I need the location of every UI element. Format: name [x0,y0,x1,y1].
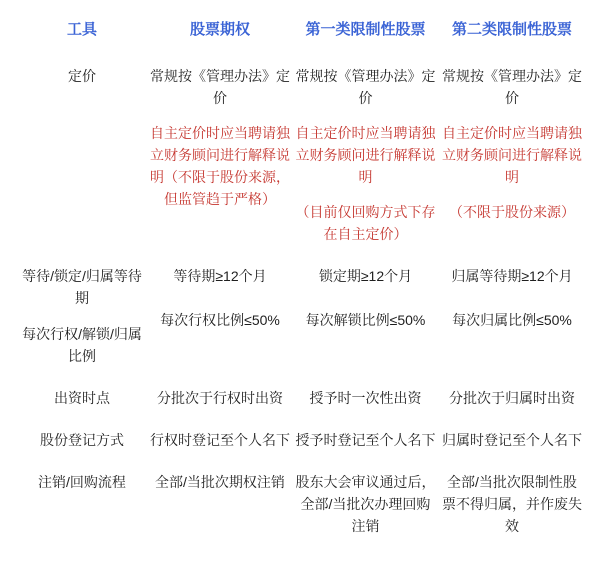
cell-cancellation-type2: 全部/当批次限制性股票不得归属，并作废失效 [441,471,583,537]
cell-capital-type2: 分批次于归属时出资 [441,387,583,409]
row-label-text: 股份登记方式 [19,429,145,451]
cell-pricing-type1: 常规按《管理办法》定价 自主定价时应当聘请独立财务顾问进行解释说明 （目前仅回购… [295,65,436,245]
cell-text: 归属时登记至个人名下 [441,429,583,451]
cell-text: 全部/当批次期权注销 [150,471,290,493]
cell-capital-stock-option: 分批次于行权时出资 [150,387,290,409]
comparison-table-page: 工具 股票期权 第一类限制性股票 第二类限制性股票 定价 常规按《管理办法》定价… [0,0,595,568]
row-label-cancellation: 注销/回购流程 [19,471,145,493]
cell-text: 股东大会审议通过后，全部/当批次办理回购注销 [295,471,436,537]
row-label-text: 等待/锁定/归属等待期 [19,265,145,309]
row-label-vesting: 等待/锁定/归属等待期 每次行权/解锁/归属比例 [19,265,145,367]
cell-pricing-type2: 常规按《管理办法》定价 自主定价时应当聘请独立财务顾问进行解释说明 （不限于股份… [441,65,583,223]
cell-note-red: （不限于股份来源） [441,201,583,223]
cell-text: 分批次于归属时出资 [441,387,583,409]
cell-vesting-type2: 归属等待期≥12个月 每次归属比例≤50% [441,265,583,331]
column-header-restricted-stock-type2: 第二类限制性股票 [441,19,583,41]
cell-text: 等待期≥12个月 [150,265,290,287]
row-label-text: 出资时点 [19,387,145,409]
cell-text: 常规按《管理办法》定价 [295,65,436,109]
cell-registration-type1: 授予时登记至个人名下 [295,429,436,451]
column-header-tool: 工具 [19,19,145,41]
cell-note-red: 自主定价时应当聘请独立财务顾问进行解释说明（不限于股份来源，但监管趋于严格） [150,122,290,210]
cell-text: 行权时登记至个人名下 [150,429,290,451]
column-header-restricted-stock-type1: 第一类限制性股票 [295,19,436,41]
cell-text: 每次解锁比例≤50% [295,309,436,331]
cell-text: 每次归属比例≤50% [441,309,583,331]
cell-text: 每次行权比例≤50% [150,309,290,331]
cell-text: 锁定期≥12个月 [295,265,436,287]
cell-note-red: 自主定价时应当聘请独立财务顾问进行解释说明 [441,122,583,188]
cell-text: 分批次于行权时出资 [150,387,290,409]
cell-text: 常规按《管理办法》定价 [441,65,583,109]
cell-text: 常规按《管理办法》定价 [150,65,290,109]
cell-text: 全部/当批次限制性股票不得归属，并作废失效 [441,471,583,537]
row-label-text: 定价 [19,65,145,87]
row-label-pricing: 定价 [19,65,145,87]
cell-note-red: 自主定价时应当聘请独立财务顾问进行解释说明 [295,122,436,188]
table-row-capital-timing: 出资时点 分批次于行权时出资 授予时一次性出资 分批次于归属时出资 [19,387,595,409]
table-row-registration: 股份登记方式 行权时登记至个人名下 授予时登记至个人名下 归属时登记至个人名下 [19,429,595,451]
cell-text: 授予时登记至个人名下 [295,429,436,451]
row-label-capital-timing: 出资时点 [19,387,145,409]
table-row-cancellation: 注销/回购流程 全部/当批次期权注销 股东大会审议通过后，全部/当批次办理回购注… [19,471,595,537]
cell-registration-type2: 归属时登记至个人名下 [441,429,583,451]
cell-pricing-stock-option: 常规按《管理办法》定价 自主定价时应当聘请独立财务顾问进行解释说明（不限于股份来… [150,65,290,210]
cell-vesting-stock-option: 等待期≥12个月 每次行权比例≤50% [150,265,290,331]
cell-text: 归属等待期≥12个月 [441,265,583,287]
table-header-row: 工具 股票期权 第一类限制性股票 第二类限制性股票 [19,19,595,41]
row-label-text: 每次行权/解锁/归属比例 [19,323,145,367]
table-row-pricing: 定价 常规按《管理办法》定价 自主定价时应当聘请独立财务顾问进行解释说明（不限于… [19,65,595,245]
row-label-registration: 股份登记方式 [19,429,145,451]
cell-registration-stock-option: 行权时登记至个人名下 [150,429,290,451]
row-label-text: 注销/回购流程 [19,471,145,493]
cell-vesting-type1: 锁定期≥12个月 每次解锁比例≤50% [295,265,436,331]
cell-cancellation-type1: 股东大会审议通过后，全部/当批次办理回购注销 [295,471,436,537]
column-header-stock-option: 股票期权 [150,19,290,41]
table-row-vesting: 等待/锁定/归属等待期 每次行权/解锁/归属比例 等待期≥12个月 每次行权比例… [19,265,595,367]
cell-note-red: （目前仅回购方式下存在自主定价） [295,201,436,245]
cell-capital-type1: 授予时一次性出资 [295,387,436,409]
cell-text: 授予时一次性出资 [295,387,436,409]
cell-cancellation-stock-option: 全部/当批次期权注销 [150,471,290,493]
